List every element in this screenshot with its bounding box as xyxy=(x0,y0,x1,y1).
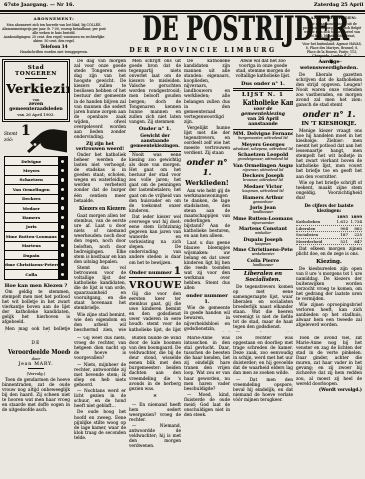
paragraph: Om geldig te stemmen, stempelt men met h… xyxy=(2,290,70,325)
candidate-entry: Dupain Josephkoopman xyxy=(233,237,293,247)
heading-werklieden: Werklieden! xyxy=(184,179,230,187)
feuilleton-column-title: DE Veroordeelde Moeder door Jean MARY. (… xyxy=(2,336,70,478)
feuilleton-paragraph: — Moed, kind, fluisterde de oude meid; G… xyxy=(184,393,230,418)
table-row: Socialisten187225 xyxy=(296,232,362,239)
paragraph: Nooit was eene kiezing zoo gewichtig als… xyxy=(129,153,181,214)
table-value: 647 xyxy=(348,239,362,245)
paragraph: Wie zijne stad bemint, wie den eigendom … xyxy=(74,313,126,332)
table-row: Katholieken1.6121.734 xyxy=(296,219,362,226)
vote-square xyxy=(58,251,68,259)
candidate-entry: Mme Rutten-Loomans, Camillenijveraarster xyxy=(233,216,293,226)
paragraph: Wie de gemeente in goede handen wil bewa… xyxy=(184,306,230,332)
ballot-row: Van Ormelingen xyxy=(5,185,67,194)
divider xyxy=(25,78,47,79)
candidate-entry: Schaetzen Leopoldgrondeigenaar, uittrede… xyxy=(233,152,293,162)
ballot-candidate-name: Delvigne xyxy=(5,157,58,165)
paragraph: Dat ieder kiezer wel overwege wat hij do… xyxy=(129,215,181,266)
paragraph: De katholieke kandidaten zijn mannen uit… xyxy=(184,59,230,125)
paragraph: Stemt dus vol betrouwen voor de voltalli… xyxy=(74,266,126,312)
heading-in-t-kieshokje: IN 'T KIESHOKJE. xyxy=(296,121,362,127)
candidate-desc: koopman xyxy=(233,243,293,247)
candidate-desc: winkelier xyxy=(233,232,293,236)
vote-square xyxy=(58,157,68,165)
feuilleton-paragraph: — Dat men den vreemdeling opspore, beval… xyxy=(233,378,293,403)
feuilleton-paragraph: — Nochtans werd er licht gezien in de sc… xyxy=(74,389,126,409)
aankondigingen-line: Voor de aankondigingen uit de provincie … xyxy=(301,22,363,42)
vote-square xyxy=(58,242,68,250)
table-value: 904 xyxy=(334,226,348,232)
table-row-label: Meerderheid xyxy=(296,239,334,245)
ballot-candidate-name: Deckers xyxy=(5,195,58,203)
paragraph: De liberale gazetten schrijven dat de ka… xyxy=(296,73,362,108)
feuilleton-column: Buiten huilde de wind door de kale boome… xyxy=(129,336,181,478)
ballot-row: Hamers xyxy=(5,213,67,222)
feuilleton-vervolg-label: (Vervolg.) xyxy=(2,371,70,376)
verkiezing-date: van 26 April 1903. xyxy=(6,112,66,117)
candidate-desc: landbouwer xyxy=(233,264,293,268)
heading-onder-nr-1-italic: onder n° 1. xyxy=(296,110,362,120)
bold-slogan: Zij zijn het vertrouwen weerd! xyxy=(74,142,126,152)
ballot-candidate-name: Joris xyxy=(5,223,58,231)
table-value: 1.734 xyxy=(348,219,362,225)
table-row-label: Liberalen xyxy=(296,226,334,232)
feuilleton-column: De rechter was opgestaan en doorliep met… xyxy=(233,336,293,478)
jaargang-line: 67ste Jaargang. — Nr 16. xyxy=(4,2,74,8)
paragraph: De dag van morgen zal voor onze goede st… xyxy=(74,59,126,140)
paragraph: Aan wie hebt gij de werkmanswoningen te … xyxy=(184,189,230,240)
ballot-row: Medaer xyxy=(5,204,67,213)
vote-square xyxy=(58,176,68,184)
vote-square xyxy=(58,232,68,240)
feuilleton-paragraph: — Gij weet dus niets, vroeg de rechter, … xyxy=(74,336,126,361)
paragraph: Men schrijft ons uit goede bron dat de t… xyxy=(129,59,181,125)
vote-square xyxy=(58,204,68,212)
paragraph: Laat u dus geene blauwe bloempjes wijsma… xyxy=(184,241,230,292)
paragraph: Onder het katholiek beheer werden de las… xyxy=(74,153,126,204)
abonnement-heading: ABONNEMENT: xyxy=(2,17,106,22)
ballot-candidate-name: Mme Rutten-Loomans xyxy=(5,232,58,240)
heading-onder-nr-1: Onder n° 1. xyxy=(129,126,181,132)
paragraph: De kiesbureelen zijn open van 8 ure 's m… xyxy=(296,267,362,302)
telefoon-line: Telefoon 14 xyxy=(2,44,106,49)
ballot-row: Mme Christiaens-Peters xyxy=(5,260,67,269)
abonnement-line: Aankondigingen: 20 cent. den regel; vonn… xyxy=(2,35,106,43)
candidate-desc: landbouwer xyxy=(233,211,293,215)
column-f: Aardige wetensweerdigheden. De liberale … xyxy=(296,59,362,332)
paragraph: Vergelijkt hunne lijst met die der tegen… xyxy=(184,126,230,156)
feuilleton-paragraph: Toen de gendarmen de hoeve binnentraden,… xyxy=(2,378,70,413)
ballot-row: Colla xyxy=(5,270,67,279)
candidate-entry: Colla Pierrelandbouwer xyxy=(233,258,293,268)
city-label: Stad TONGEREN xyxy=(6,65,66,77)
ballot-row: Joris xyxy=(5,223,67,232)
vote-square xyxy=(58,260,68,268)
abonnement-block: ABONNEMENT: Men abonneert zich ten buree… xyxy=(2,17,106,54)
feuilleton-author: Jean MARY. xyxy=(2,362,70,367)
wordt-vervolgd-label: (Wordt vervolgd.) xyxy=(296,388,362,393)
ballot-row: Mme Rutten-Loomans xyxy=(5,232,67,241)
masthead-bottom-rule xyxy=(0,56,365,57)
column-d: De katholieke kandidaten zijn mannen uit… xyxy=(184,59,230,332)
vote-square xyxy=(58,195,68,203)
ballot-row: Delvigne xyxy=(5,157,67,166)
heading-kiezing: Kiezing. xyxy=(296,259,362,265)
table-row-label: Socialisten xyxy=(296,232,334,238)
heading-onder-nummer-1: Onder nummer 1 xyxy=(129,268,181,276)
column-election: Stad TONGEREN Verkiezing van zeven gemee… xyxy=(2,59,70,332)
vote-square xyxy=(58,213,68,221)
candidate-desc: nijveraarster xyxy=(233,222,293,226)
heading-vrouwen: VROUWEN! xyxy=(129,277,181,291)
candidate-entry: Mme Christiaens-Peterswinkelierster xyxy=(233,247,293,257)
newspaper-subtitle: DER PROVINCIE LIMBURG xyxy=(106,47,300,54)
table-row: Meerderheid521647 xyxy=(296,239,362,246)
candidate-entry: Deckers Josephbrouwer, uittredend lid xyxy=(233,173,293,183)
ballot-row: Schaetzen xyxy=(5,176,67,185)
vote-square xyxy=(58,270,68,279)
paragraph: Dat elkeen morgen zijnen plicht doe, en … xyxy=(296,247,362,257)
heading-kiezers-en-kiezeressen: Kiezers en Kiezeressen. xyxy=(74,206,126,212)
feuilleton-column: Toen de avond viel, zat Marie-Anne nog b… xyxy=(296,336,362,478)
ballot-row: Martens xyxy=(5,242,67,251)
big-number-one: 1 xyxy=(174,268,181,276)
vote-square xyxy=(58,166,68,174)
double-rule xyxy=(233,88,293,90)
table-row: Liberalen904862 xyxy=(296,226,362,233)
candidate-entry: Martens Constantwinkelier xyxy=(233,226,293,236)
abonnement-line: Handschriften worden niet teruggegeven. xyxy=(2,50,106,54)
column-b: De dag van morgen zal voor onze goede st… xyxy=(74,59,126,332)
feuilleton-paragraph: — Niemand, antwoordde de veldwachter; hi… xyxy=(129,424,181,449)
table-title: De cijfers der laatste kiezingen: xyxy=(296,203,362,213)
candidate-entry: Medaer Victorkoopman, uittredend lid xyxy=(233,184,293,194)
ballot-candidate-name: Mme Christiaens-Peters xyxy=(5,260,58,268)
paragraph: Wie op het briefje schrijft of teekent, … xyxy=(296,181,362,201)
aankondigingen-heading: AANKONDIGINGEN: xyxy=(301,16,363,21)
stamp-instruction-block: Stemt zóó: 1 xyxy=(4,124,68,155)
hand-with-pen-illustration xyxy=(26,128,68,155)
feuilleton-paragraph: De rechter was opgestaan en doorliep met… xyxy=(233,336,293,377)
ballot-candidate-name: Schaetzen xyxy=(5,176,58,184)
candidate-desc: grondeigenaar, uittredend lid xyxy=(233,158,293,162)
column-c: Men schrijft ons uit goede bron dat de t… xyxy=(129,59,181,332)
divider xyxy=(28,368,44,369)
feuilleton-title: Veroordeelde Moeder xyxy=(2,348,70,356)
column-candidates: Alwie wil dat het zóó voortga in onze go… xyxy=(233,59,293,332)
heading-hoe-kan-men-kiezen: Hoe kan men Kiezen ? xyxy=(2,283,70,289)
abonnement-line: Abonnementsprijs per jaar: fr. 7.00, voo… xyxy=(2,27,106,35)
candidate-entry: Meyers Georgesadvokaat, schepene, uittre… xyxy=(233,142,293,152)
katholieke-kandidaten-title: Katholieke Kandidaten xyxy=(233,98,293,107)
candidate-entry: Joris Jeanlandbouwer xyxy=(233,205,293,215)
stemt-label-2: zóó: xyxy=(4,138,13,143)
table-value: 862 xyxy=(348,226,362,232)
feuilleton-door: door xyxy=(2,357,70,361)
ballot-candidate-name: Dupain xyxy=(5,251,58,259)
section-star-divider: * xyxy=(129,394,181,401)
ballot-candidate-name: Martens xyxy=(5,242,58,250)
feuilleton-paragraph: Buiten huilde de wind door de kale boome… xyxy=(129,336,181,392)
candidate-desc: koopman, uittredend lid xyxy=(233,190,293,194)
ballot-row: Dupain xyxy=(5,251,67,260)
feuilleton-pretitle: DE xyxy=(2,341,70,346)
verkiezing-title: Verkiezing xyxy=(6,81,66,96)
ballot-row: Meyers xyxy=(5,166,67,175)
heading-onder-nr-1-italic: onder n° 1. xyxy=(184,158,230,178)
feuilleton-paragraph: — En niemand heeft hem sedert weergezien… xyxy=(129,403,181,423)
candidate-entry: Van Ormelingen Augustnijveraar, uittrede… xyxy=(233,163,293,173)
table-value: 521 xyxy=(334,239,348,245)
candidate-desc: brouwer, uittredend lid xyxy=(233,179,293,183)
table-row-label: Katholieken xyxy=(296,219,334,225)
feuilleton-paragraph: De oude boog het hoofd en zweeg. Eene pi… xyxy=(74,410,126,440)
ballot-candidate-name: Hamers xyxy=(5,213,58,221)
ballot-row: Deckers xyxy=(5,195,67,204)
table-value: 225 xyxy=(348,232,362,238)
newspaper-title: DE POSTRIJDER xyxy=(106,12,300,47)
ballot-candidate-name: Medaer xyxy=(5,204,58,212)
table-value: 1.612 xyxy=(334,219,348,225)
paragraph: Gij die voor den eersten keer ter stembu… xyxy=(129,292,181,332)
candidate-desc: burgemeester, uittredend lid xyxy=(233,137,293,141)
candidate-desc: nijveraar, uittredend lid xyxy=(233,169,293,173)
kandidaten-subtitle-2: van 26 April aanstaande xyxy=(233,117,293,130)
stemt-label: Stemt xyxy=(4,132,17,137)
paragraph: Gaat morgen allen ter stembus, van de ee… xyxy=(74,214,126,265)
candidate-entry: Hamers Arthurgeneesheer xyxy=(233,195,293,205)
newspaper-page: 67ste Jaargang. — Nr 16. Zaterdag 25 Apr… xyxy=(0,0,365,479)
heading-gewicht-kiezingen: Gewicht der aanstaande gemeentekiezingen… xyxy=(129,134,181,152)
feuilleton-column: Marie-Anne was intusschen in den stal ge… xyxy=(184,336,230,478)
election-results-table: De cijfers der laatste kiezingen: 1895 1… xyxy=(296,203,362,246)
heading-onder-nummer-1-small: onder nummer 1. xyxy=(184,293,230,305)
feuilleton-column: — Gij weet dus niets, vroeg de rechter, … xyxy=(74,336,126,478)
ballot-candidate-name: Meyers xyxy=(5,166,58,174)
candidate-entry: MM. Delvigne Fernandburgemeester, uittre… xyxy=(233,131,293,141)
date-line: Zaterdag 25 April 1903 xyxy=(314,2,365,8)
table-value: 187 xyxy=(334,232,348,238)
paragraph: De tegenstrevers komen op met eene samen… xyxy=(233,285,293,331)
heading-liberalen-socialisten: Liberalen en Socialisten. xyxy=(233,269,293,284)
ballot-paper: Delvigne Meyers Schaetzen Van Ormelingen… xyxy=(4,156,68,280)
paragraph: Wie zijnen oproepingsbrief verloren heef… xyxy=(296,303,362,328)
feuilleton-paragraph: Marie-Anne was intusschen in den stal ge… xyxy=(184,336,230,392)
vote-square xyxy=(58,223,68,231)
candidate-desc: advokaat, schepene, uittredend lid xyxy=(233,148,293,152)
heading-dus-onder-nr-1: Dus onder n° 1. xyxy=(233,81,293,87)
verkiezing-subject: zeven gemeenteraadsleden xyxy=(6,102,66,112)
feuilleton-paragraph: Toen de avond viel, zat Marie-Anne nog b… xyxy=(296,336,362,387)
vote-square xyxy=(58,185,68,193)
ballot-candidate-name: Van Ormelingen xyxy=(5,185,58,193)
feuilleton-paragraph: — Niets, mijnheer de rechter, antwoordde… xyxy=(74,363,126,388)
heading-rubric: Aardige wetensweerdigheden. xyxy=(296,59,362,71)
paragraph: Men mag ook het bolletje stempelen neven… xyxy=(2,327,70,332)
ballot-candidate-name: Colla xyxy=(5,270,58,279)
paragraph: Alwie wil dat het zóó voortga in onze go… xyxy=(233,59,293,79)
candidate-desc: winkelierster xyxy=(233,253,293,257)
kandidaten-subtitle-1: voor de gemeentekiezing xyxy=(233,107,293,117)
election-announcement-box: Stad TONGEREN Verkiezing van zeven gemee… xyxy=(4,61,68,120)
paragraph: Menige kiezer vraagt ons hoe hij handele… xyxy=(296,129,362,180)
candidate-desc: geneesheer xyxy=(233,201,293,205)
